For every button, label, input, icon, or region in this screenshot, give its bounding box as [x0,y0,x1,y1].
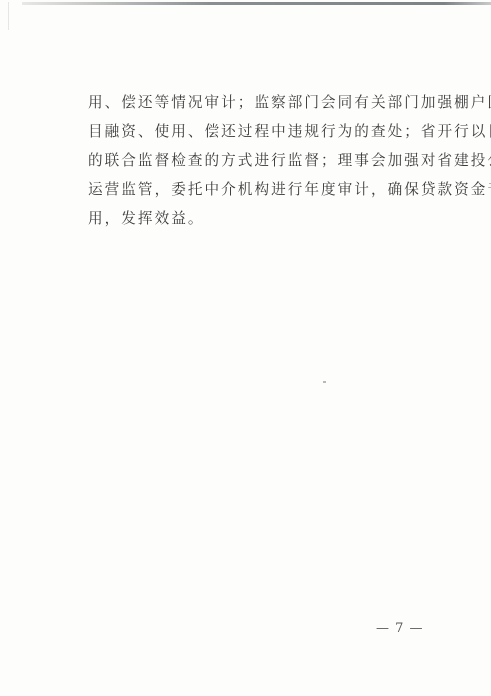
scan-left-edge [8,2,9,30]
paragraph-line: 运营监管，委托中介机构进行年度审计，确保贷款资金专款专 [88,175,440,204]
scan-page-edge [22,2,491,5]
paragraph-line: 用、偿还等情况审计；监察部门会同有关部门加强棚户区改造项 [88,88,440,117]
paragraph-line: 用，发挥效益。 [88,204,440,233]
scan-speck [323,381,326,383]
paragraph-line: 目融资、使用、偿还过程中违规行为的查处；省开行以目前执行 [88,117,440,146]
document-body: 用、偿还等情况审计；监察部门会同有关部门加强棚户区改造项 目融资、使用、偿还过程… [88,88,440,233]
paragraph-line: 的联合监督检查的方式进行监督；理事会加强对省建投公司财务 [88,146,440,175]
page-number: — 7 — [376,621,424,636]
